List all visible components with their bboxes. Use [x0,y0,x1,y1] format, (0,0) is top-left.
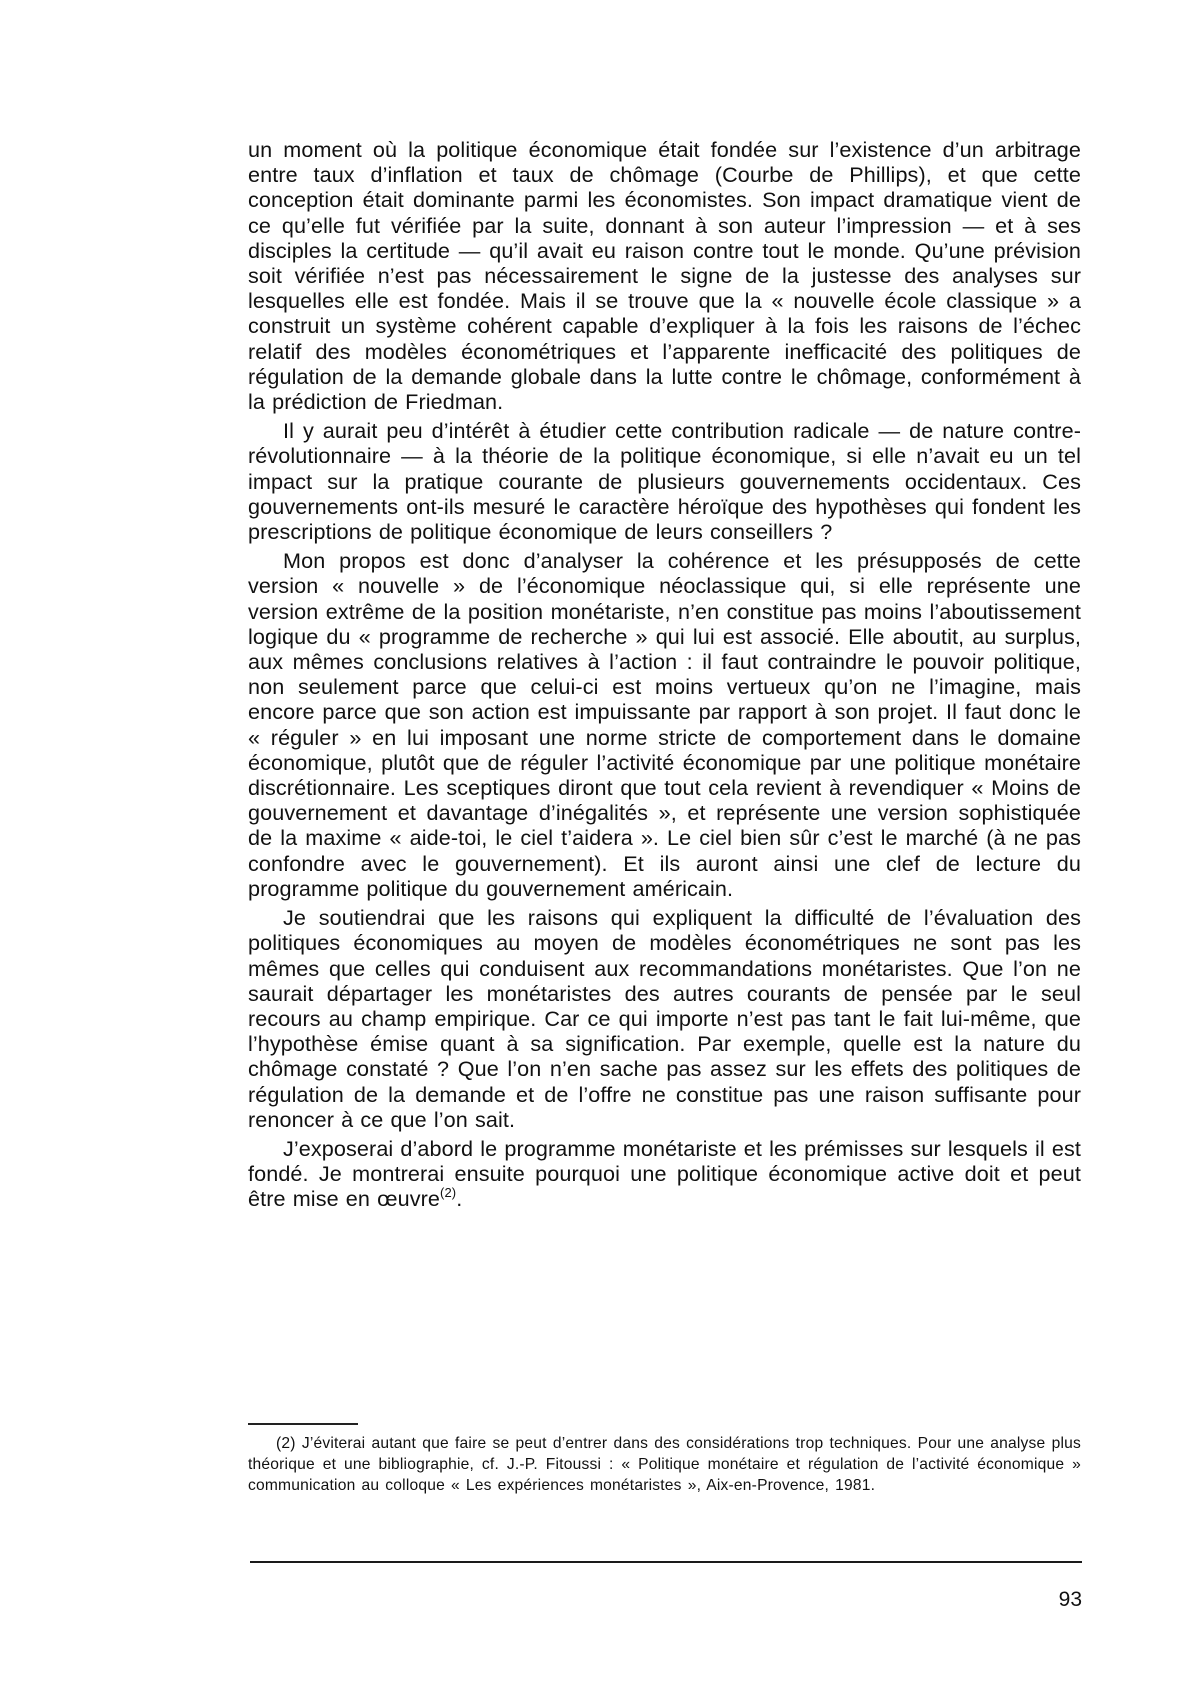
footnote-reference: (2) [440,1185,456,1200]
paragraph-5-trailing: . [456,1186,462,1211]
paragraph-1: un moment où la politique économique éta… [248,137,1081,414]
paragraph-4: Je soutiendrai que les raisons qui expli… [248,905,1081,1132]
body-text: un moment où la politique économique éta… [248,137,1081,1212]
paragraph-5-text: J’exposerai d’abord le programme monétar… [248,1136,1081,1211]
paragraph-5: J’exposerai d’abord le programme monétar… [248,1136,1081,1212]
paragraph-3: Mon propos est donc d’analyser la cohére… [248,548,1081,901]
footnote-2: (2) J’éviterai autant que faire se peut … [248,1433,1081,1496]
footnotes: (2) J’éviterai autant que faire se peut … [248,1433,1081,1496]
footnote-separator [248,1423,358,1425]
page-number: 93 [1040,1588,1082,1612]
paragraph-2: Il y aurait peu d’intérêt à étudier cett… [248,418,1081,544]
page-bottom-rule [250,1561,1082,1563]
